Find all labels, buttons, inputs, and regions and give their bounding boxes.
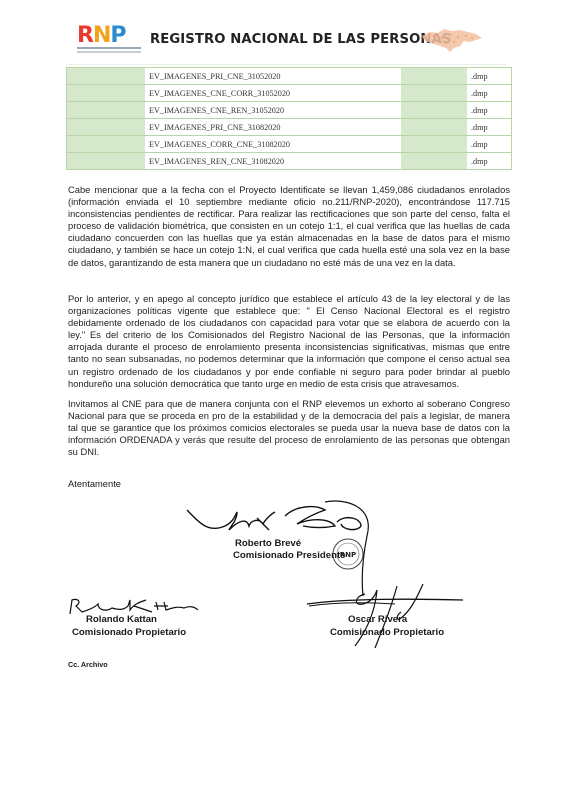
table-row: EV_IMAGENES_PRI_CNE_31082020.dmp (67, 119, 512, 136)
file-name: EV_IMAGENES_PRI_CNE_31052020 (145, 68, 401, 85)
file-table: EV_IMAGENES_PRI_CNE_31052020.dmp EV_IMAG… (66, 67, 512, 170)
closing-salutation: Atentamente (68, 479, 121, 489)
paragraph-invitation: Invitamos al CNE para que de manera conj… (68, 398, 510, 458)
file-extension: .dmp (467, 136, 512, 153)
signatory-name: Rolando Kattan (86, 614, 157, 625)
signatory-title: Comisionado Propietario (330, 627, 444, 638)
table-row: EV_IMAGENES_CORR_CNE_31082020.dmp (67, 136, 512, 153)
file-name: EV_IMAGENES_PRI_CNE_31082020 (145, 119, 401, 136)
file-extension: .dmp (467, 153, 512, 170)
file-name: EV_IMAGENES_CORR_CNE_31082020 (145, 136, 401, 153)
file-extension: .dmp (467, 102, 512, 119)
paragraph-legal-basis: Por lo anterior, y en apego al concepto … (68, 293, 510, 390)
carbon-copy-note: Cc. Archivo (68, 660, 108, 669)
table-row: EV_IMAGENES_REN_CNE_31082020.dmp (67, 153, 512, 170)
table-row: EV_IMAGENES_PRI_CNE_31052020.dmp (67, 68, 512, 85)
file-extension: .dmp (467, 68, 512, 85)
institution-title: REGISTRO NACIONAL DE LAS PERSONAS (150, 32, 451, 47)
table-row: EV_IMAGENES_CNE_REN_31052020.dmp (67, 102, 512, 119)
file-name: EV_IMAGENES_CNE_CORR_31052020 (145, 85, 401, 102)
signatory-title: Comisionado Propietario (72, 627, 186, 638)
file-name: EV_IMAGENES_CNE_REN_31052020 (145, 102, 401, 119)
honduras-map-icon (420, 26, 484, 54)
file-name: EV_IMAGENES_REN_CNE_31082020 (145, 153, 401, 170)
file-extension: .dmp (467, 119, 512, 136)
letterhead: RNP REGISTRO NACIONAL DE LAS PERSONAS (75, 24, 495, 56)
signatory-name: Roberto Brevé (235, 538, 301, 549)
signatory-title: Comisionado Presidente (233, 550, 345, 561)
rnp-logo: RNP (75, 24, 145, 56)
file-extension: .dmp (467, 85, 512, 102)
table-row: EV_IMAGENES_CNE_CORR_31052020.dmp (67, 85, 512, 102)
paragraph-enrollment-status: Cabe mencionar que a la fecha con el Pro… (68, 184, 510, 269)
signatory-name: Oscar Rivera (348, 614, 407, 625)
header-divider (66, 64, 506, 65)
